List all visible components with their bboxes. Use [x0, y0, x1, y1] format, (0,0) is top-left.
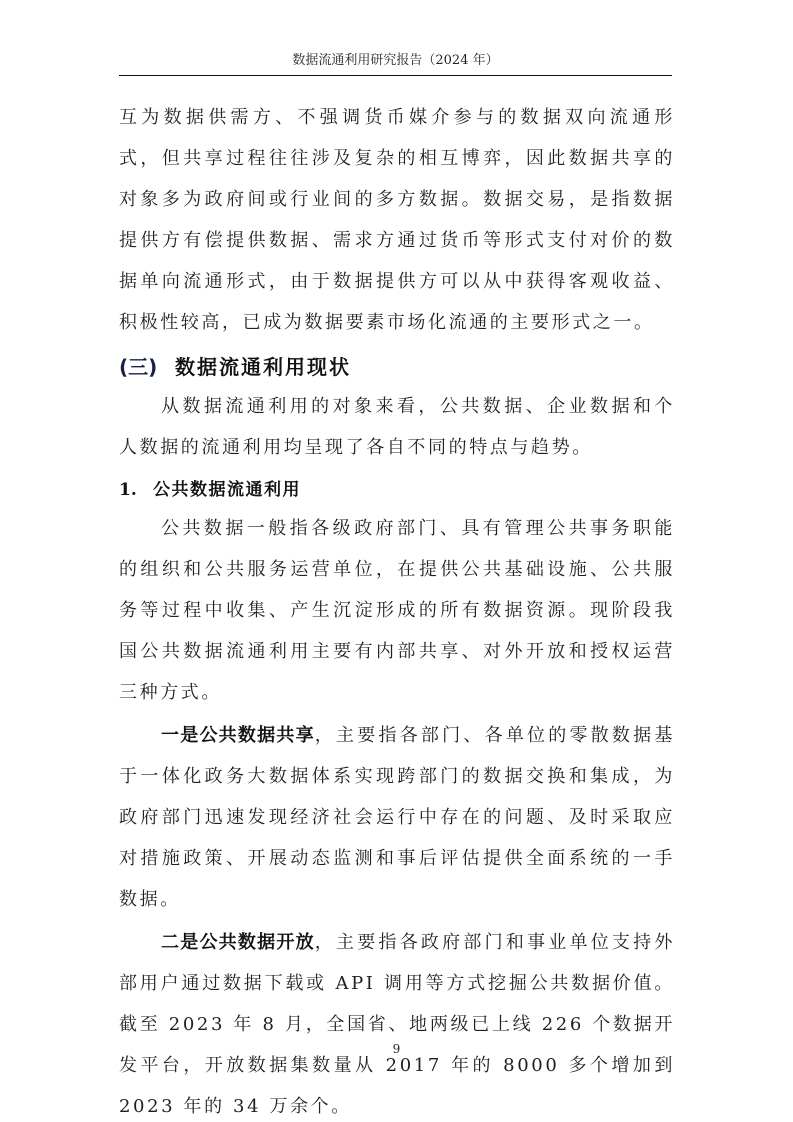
page-number: 9: [0, 1040, 793, 1058]
running-header: 数据流通利用研究报告（2024 年）: [119, 52, 672, 70]
subsection-number: 1.: [119, 472, 153, 508]
sharing-text: ，主要指各部门、各单位的零散数据基于一体化政务大数据体系实现跨部门的数据交换和集…: [119, 725, 675, 910]
header-divider: [119, 75, 672, 76]
section-heading: (三)数据流通利用现状: [119, 348, 675, 386]
public-data-sharing-paragraph: 一是公共数据共享，主要指各部门、各单位的零散数据基于一体化政务大数据体系实现跨部…: [119, 715, 675, 920]
section-intro-paragraph: 从数据流通利用的对象来看，公共数据、企业数据和个人数据的流通利用均呈现了各自不同…: [119, 386, 675, 468]
page-body: 互为数据供需方、不强调货币媒介参与的数据双向流通形式，但共享过程往往涉及复杂的相…: [119, 97, 675, 1122]
section-title: 数据流通利用现状: [175, 355, 351, 379]
lead-phrase-opening: 二是公共数据开放: [161, 932, 315, 953]
paragraph-data-sharing-trading: 互为数据供需方、不强调货币媒介参与的数据双向流通形式，但共享过程往往涉及复杂的相…: [119, 97, 675, 343]
subsection-title: 公共数据流通利用: [153, 480, 301, 500]
section-number: (三): [119, 348, 175, 386]
subsection-heading: 1.公共数据流通利用: [119, 472, 675, 508]
opening-text: ，主要指各政府部门和事业单位支持外部用户通过数据下载或 API 调用等方式挖掘公…: [119, 932, 675, 1117]
public-data-opening-paragraph: 二是公共数据开放，主要指各政府部门和事业单位支持外部用户通过数据下载或 API …: [119, 922, 675, 1122]
lead-phrase-sharing: 一是公共数据共享: [161, 725, 315, 746]
public-data-definition-paragraph: 公共数据一般指各级政府部门、具有管理公共事务职能的组织和公共服务运营单位，在提供…: [119, 508, 675, 713]
